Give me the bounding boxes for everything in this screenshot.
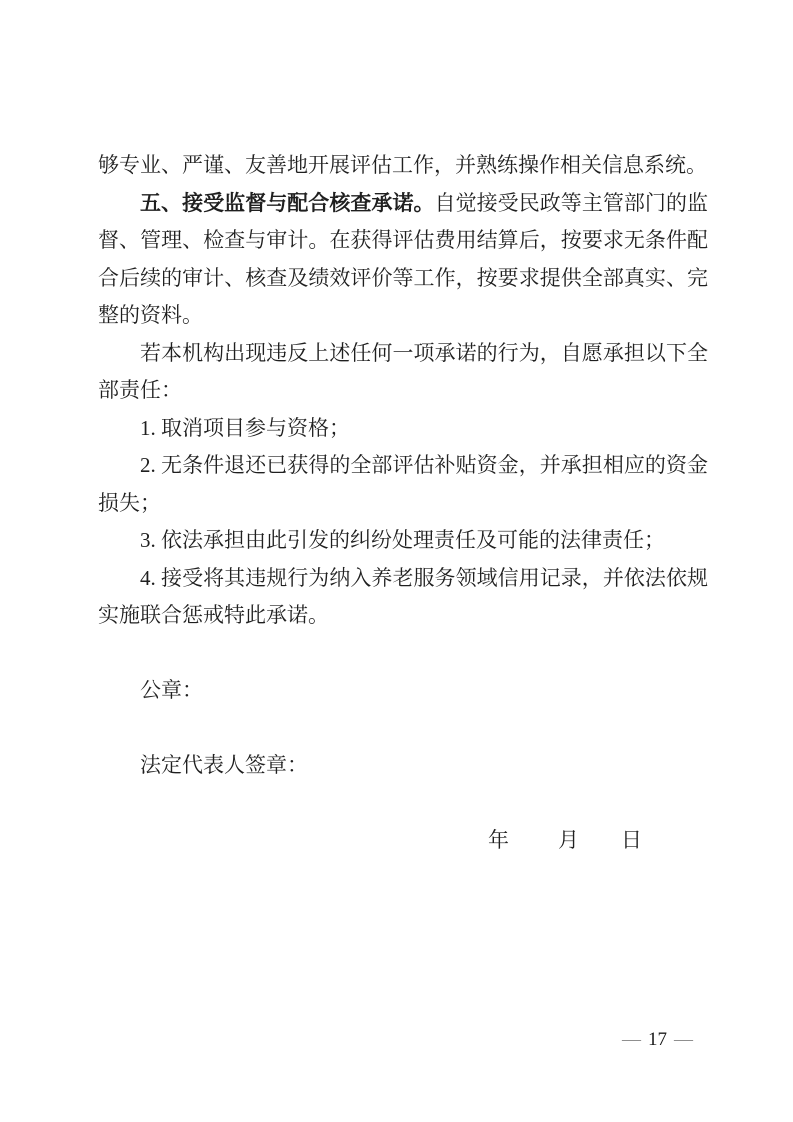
liability-item-2: 2. 无条件退还已获得的全部评估补贴资金，并承担相应的资金损失； bbox=[98, 447, 708, 522]
section5-heading: 五、接受监督与配合核查承诺。 bbox=[140, 192, 435, 215]
page-footer: — 17 — bbox=[622, 1029, 693, 1051]
footer-dash-right: — bbox=[674, 1029, 693, 1051]
liability-item-3: 3. 依法承担由此引发的纠纷处理责任及可能的法律责任； bbox=[98, 522, 708, 560]
paragraph-continuation: 够专业、严谨、友善地开展评估工作，并熟练操作相关信息系统。 bbox=[98, 147, 708, 185]
signature-label: 法定代表人签章： bbox=[98, 747, 708, 785]
day-label: 日 bbox=[621, 822, 642, 860]
page-number: 17 bbox=[648, 1029, 667, 1051]
paragraph-section5: 五、接受监督与配合核查承诺。自觉接受民政等主管部门的监督、管理、检查与审计。在获… bbox=[98, 185, 708, 335]
date-line: 年月日 bbox=[98, 822, 708, 860]
seal-label: 公章： bbox=[98, 672, 708, 710]
liability-item-1: 1. 取消项目参与资格； bbox=[98, 410, 708, 448]
month-label: 月 bbox=[558, 822, 579, 860]
paragraph-breach-intro: 若本机构出现违反上述任何一项承诺的行为，自愿承担以下全部责任： bbox=[98, 335, 708, 410]
year-label: 年 bbox=[488, 822, 509, 860]
footer-dash-left: — bbox=[622, 1029, 641, 1051]
document-page: 够专业、严谨、友善地开展评估工作，并熟练操作相关信息系统。 五、接受监督与配合核… bbox=[0, 0, 793, 1122]
document-body: 够专业、严谨、友善地开展评估工作，并熟练操作相关信息系统。 五、接受监督与配合核… bbox=[98, 147, 708, 860]
liability-item-4: 4. 接受将其违规行为纳入养老服务领域信用记录，并依法依规实施联合惩戒特此承诺。 bbox=[98, 560, 708, 635]
